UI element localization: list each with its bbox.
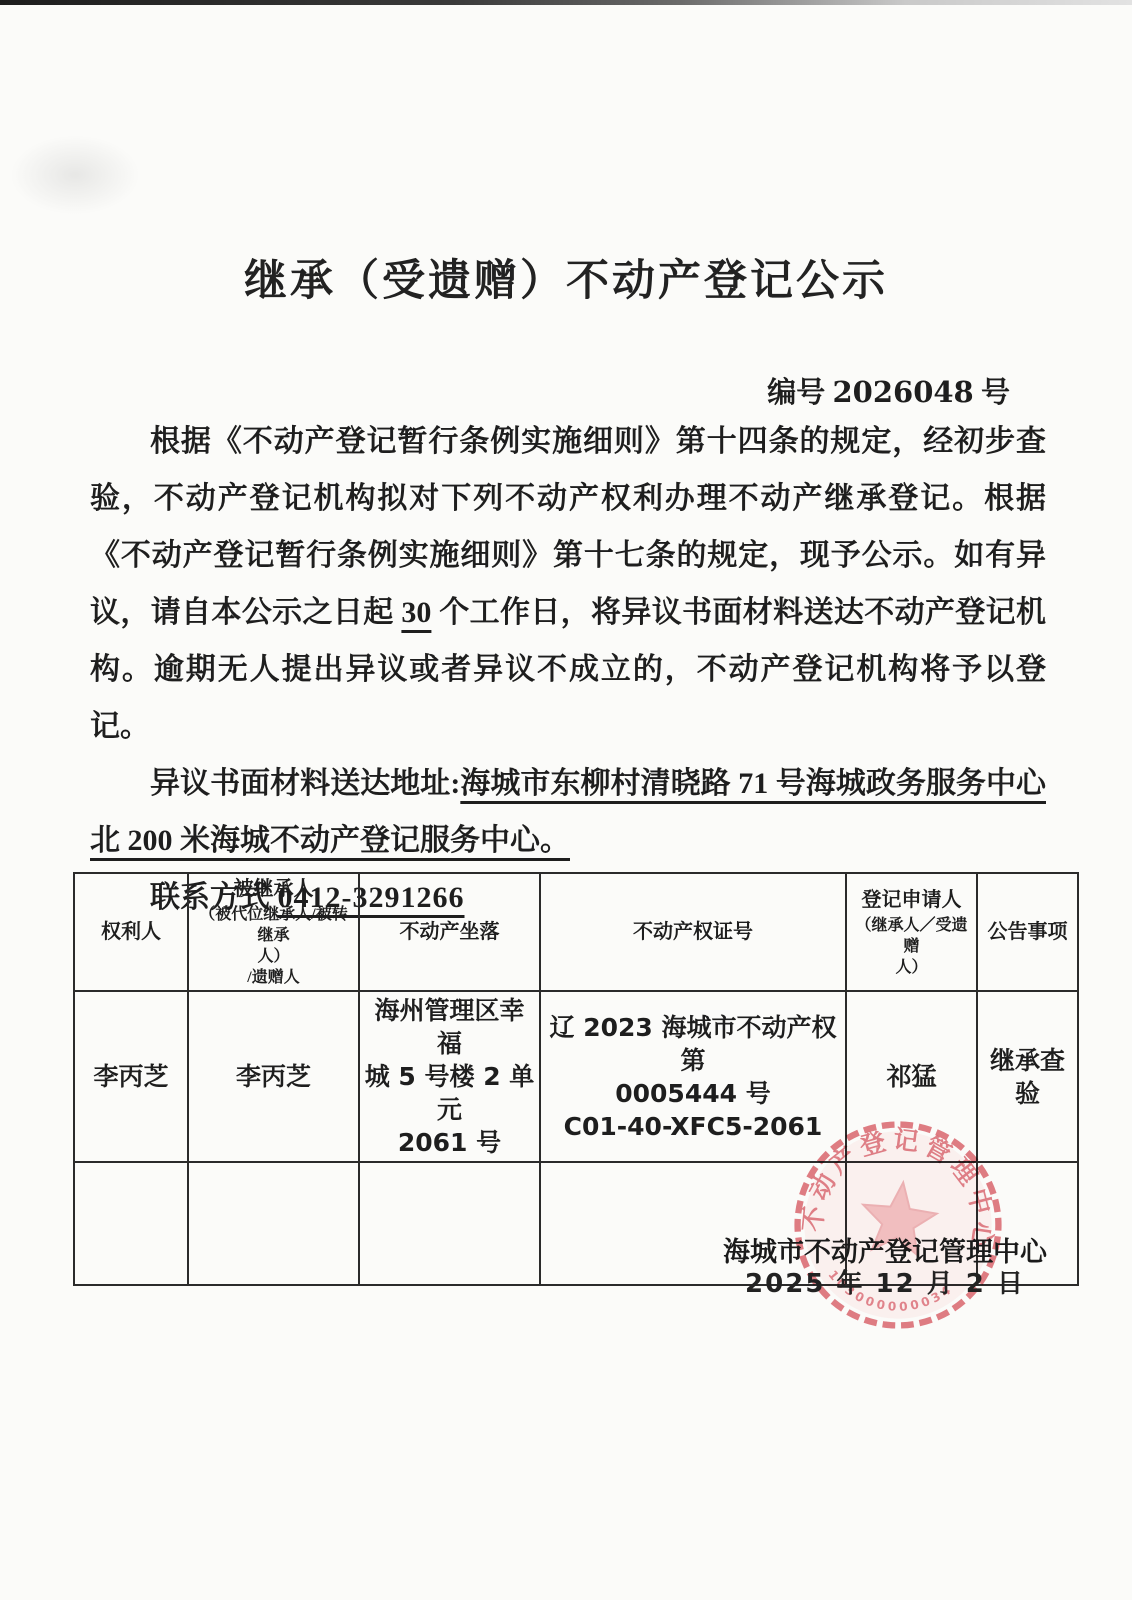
cell-right-holder: 李丙芝 (74, 991, 188, 1162)
address-label: 异议书面材料送达地址: (150, 767, 460, 800)
scanned-document-page: 继承（受遗赠）不动产登记公示 编号 2026048 号 根据《不动产登记暂行条例… (0, 0, 1132, 1600)
doc-number-prefix: 编号 (767, 377, 832, 409)
official-seal: 不动产登记管理中心 21030000000345 (778, 1108, 1018, 1342)
header-decedent: 被继承人（被代位继承人/被转继承 人） /遗赠人 (188, 873, 359, 991)
header-text: 被继承人 (234, 878, 314, 900)
header-text: 登记申请人 (862, 889, 962, 911)
header-subtext: （继承人／受遗赠 人） (851, 915, 972, 978)
header-text: 不动产权证号 (633, 921, 753, 943)
table-header-row: 权利人 被继承人（被代位继承人/被转继承 人） /遗赠人 不动产坐落 不动产权证… (74, 873, 1078, 991)
paragraph-main: 根据《不动产登记暂行条例实施细则》第十四条的规定，经初步查验，不动产登记机构拟对… (90, 413, 1046, 755)
doc-number-value: 2026048 (832, 375, 973, 409)
paragraph-address: 异议书面材料送达地址:海城市东柳村清晓路 71 号海城政务服务中心北 200 米… (90, 755, 1046, 869)
header-subtext: （被代位继承人/被转继承 人） /遗赠人 (193, 904, 354, 988)
header-text: 公告事项 (988, 921, 1068, 943)
header-text: 权利人 (101, 921, 161, 943)
header-right-holder: 权利人 (74, 873, 188, 991)
scan-smudge-artifact (10, 135, 140, 215)
header-notice-item: 公告事项 (977, 873, 1078, 991)
signature-block: 海城市不动产登记管理中心 2025 年 12 月 2 日 (690, 1236, 1080, 1301)
doc-number-line: 编号 2026048 号 (0, 370, 1132, 411)
notice-body: 根据《不动产登记暂行条例实施细则》第十四条的规定，经初步查验，不动产登记机构拟对… (90, 413, 1046, 926)
page-title: 继承（受遗赠）不动产登记公示 (0, 247, 1132, 308)
doc-number-suffix: 号 (974, 377, 1010, 409)
issuing-org: 海城市不动产登记管理中心 (690, 1236, 1080, 1268)
scan-edge-artifact (0, 0, 1132, 5)
header-applicant: 登记申请人（继承人／受遗赠 人） (846, 873, 977, 991)
cell-empty (188, 1162, 359, 1285)
objection-days: 30 (401, 596, 431, 629)
cell-property-location: 海州管理区幸福 城 5 号楼 2 单元 2061 号 (359, 991, 540, 1162)
cell-decedent: 李丙芝 (188, 991, 359, 1162)
cell-empty (74, 1162, 188, 1285)
header-text: 不动产坐落 (400, 921, 500, 943)
issue-date: 2025 年 12 月 2 日 (690, 1268, 1080, 1301)
header-certificate-number: 不动产权证号 (540, 873, 846, 991)
header-property-location: 不动产坐落 (359, 873, 540, 991)
cell-empty (359, 1162, 540, 1285)
